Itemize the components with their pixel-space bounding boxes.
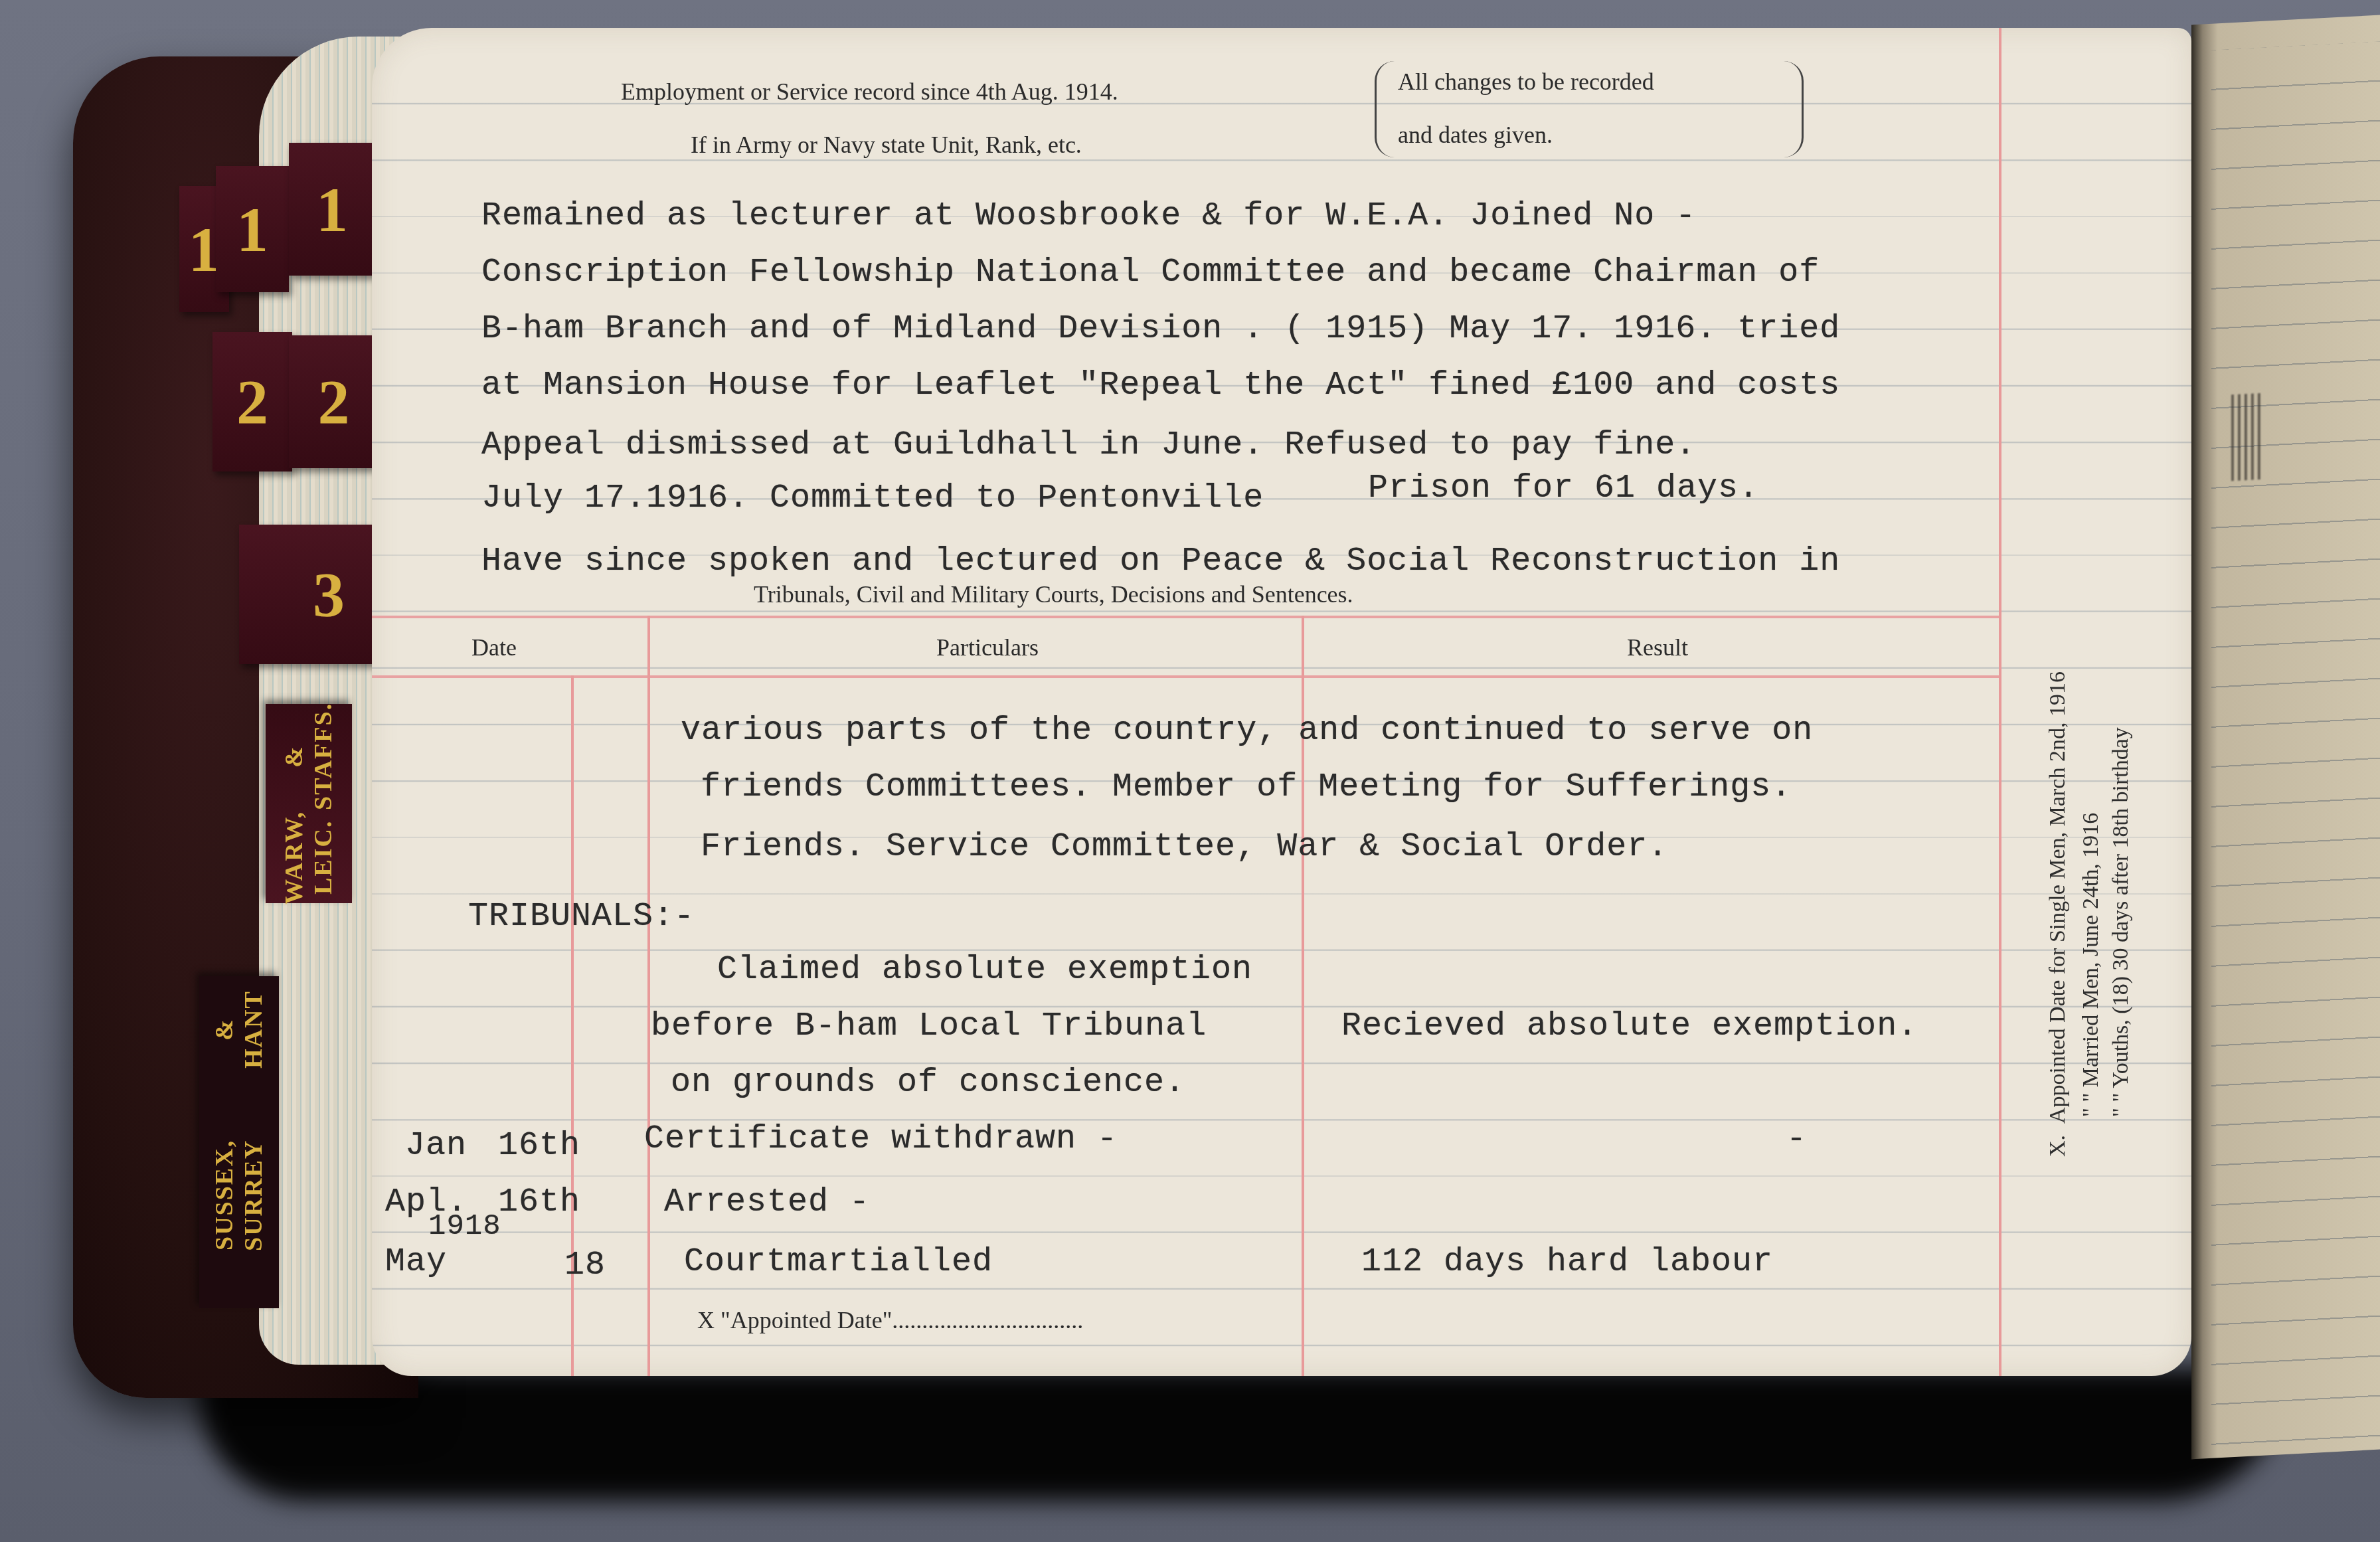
continued-line-2: friends Committees. Member of Meeting fo…	[701, 768, 1792, 806]
next-page	[2191, 15, 2380, 1460]
record-line-3: B-ham Branch and of Midland Devision . (…	[481, 310, 1840, 348]
header-army-navy-note: If in Army or Navy state Unit, Rank, etc…	[691, 131, 1082, 159]
record-line-1: Remained as lecturer at Woosbrooke & for…	[481, 197, 1696, 235]
record-line-2: Conscription Fellowship National Committ…	[481, 254, 1820, 292]
tribunals-heading: TRIBUNALS:-	[468, 898, 695, 936]
record-line-6: July 17.1916. Committed to Pentonville	[481, 479, 1264, 517]
column-header-particulars: Particulars	[936, 634, 1039, 661]
book-shadow	[199, 1368, 2291, 1501]
entry-3-day: 18	[564, 1246, 606, 1284]
index-tab-2-front[interactable]: 2	[289, 335, 379, 468]
right-margin-rule	[1999, 28, 2001, 1376]
entry-3-result: 112 days hard labour	[1361, 1243, 1773, 1281]
entry-2-day: 16th	[498, 1183, 580, 1221]
claim-result: Recieved absolute exemption.	[1341, 1007, 1918, 1045]
column-header-result: Result	[1627, 634, 1688, 661]
entry-3-month: May	[385, 1243, 447, 1281]
entry-3-particulars: Courtmartialled	[684, 1243, 993, 1281]
record-line-5: Appeal dismissed at Guildhall in June. R…	[481, 426, 1696, 464]
claim-line-1: Claimed absolute exemption	[717, 951, 1252, 989]
side-note-line-2: " " Married Men, June 24th, 1916	[2079, 813, 2104, 1117]
index-tab-3[interactable]: 3	[239, 525, 379, 664]
tribunals-section-title: Tribunals, Civil and Military Courts, De…	[754, 580, 1353, 608]
record-prison-note: Prison for 61 days.	[1368, 470, 1759, 507]
next-page-stamp	[2231, 393, 2261, 481]
column-header-date: Date	[471, 634, 517, 661]
claim-line-3: on grounds of conscience.	[671, 1064, 1185, 1102]
record-line-4: at Mansion House for Leaflet "Repeal the…	[481, 367, 1840, 404]
entry-1-particulars: Certificate withdrawn -	[644, 1120, 1118, 1158]
entry-1-result: -	[1786, 1120, 1807, 1158]
continued-line-3: Friends. Service Committee, War & Social…	[701, 828, 1668, 866]
side-note-line-3: " " Youths, (18) 30 days after 18th birt…	[2108, 727, 2134, 1117]
continued-line-1: various parts of the country, and contin…	[681, 712, 1813, 750]
record-page: Employment or Service record since 4th A…	[372, 28, 2191, 1376]
date-column-rule	[647, 616, 650, 1376]
side-note-line-1: X. Appointed Date for Single Men, March …	[2045, 671, 2071, 1157]
next-page-rule-lines	[2211, 42, 2380, 1458]
appointed-date-footnote: X "Appointed Date"......................…	[697, 1306, 1083, 1334]
entry-1-month: Jan	[405, 1127, 467, 1165]
index-tab-1-front[interactable]: 1	[289, 143, 375, 276]
claim-line-2: before B-ham Local Tribunal	[651, 1007, 1207, 1045]
table-header-rule	[372, 675, 1999, 678]
index-tab-2-back[interactable]: 2	[212, 332, 292, 471]
index-tab-warw-leic-staffs[interactable]: WARW, LEIC. & STAFFS.	[266, 704, 352, 903]
index-tab-sussex-surrey-hant[interactable]: SUSSEX, SURREY & HANT	[199, 976, 279, 1308]
header-dates-given: and dates given.	[1398, 121, 1553, 149]
entry-2-particulars: Arrested -	[664, 1183, 870, 1221]
index-tab-1-middle[interactable]: 1	[216, 166, 289, 292]
record-line-7: Have since spoken and lectured on Peace …	[481, 543, 1840, 580]
table-top-rule	[372, 616, 1999, 618]
header-changes-recorded: All changes to be recorded	[1398, 68, 1654, 96]
header-employment-record: Employment or Service record since 4th A…	[621, 78, 1118, 106]
entry-1-day: 16th	[498, 1127, 580, 1165]
entry-2-year: 1918	[428, 1210, 501, 1243]
